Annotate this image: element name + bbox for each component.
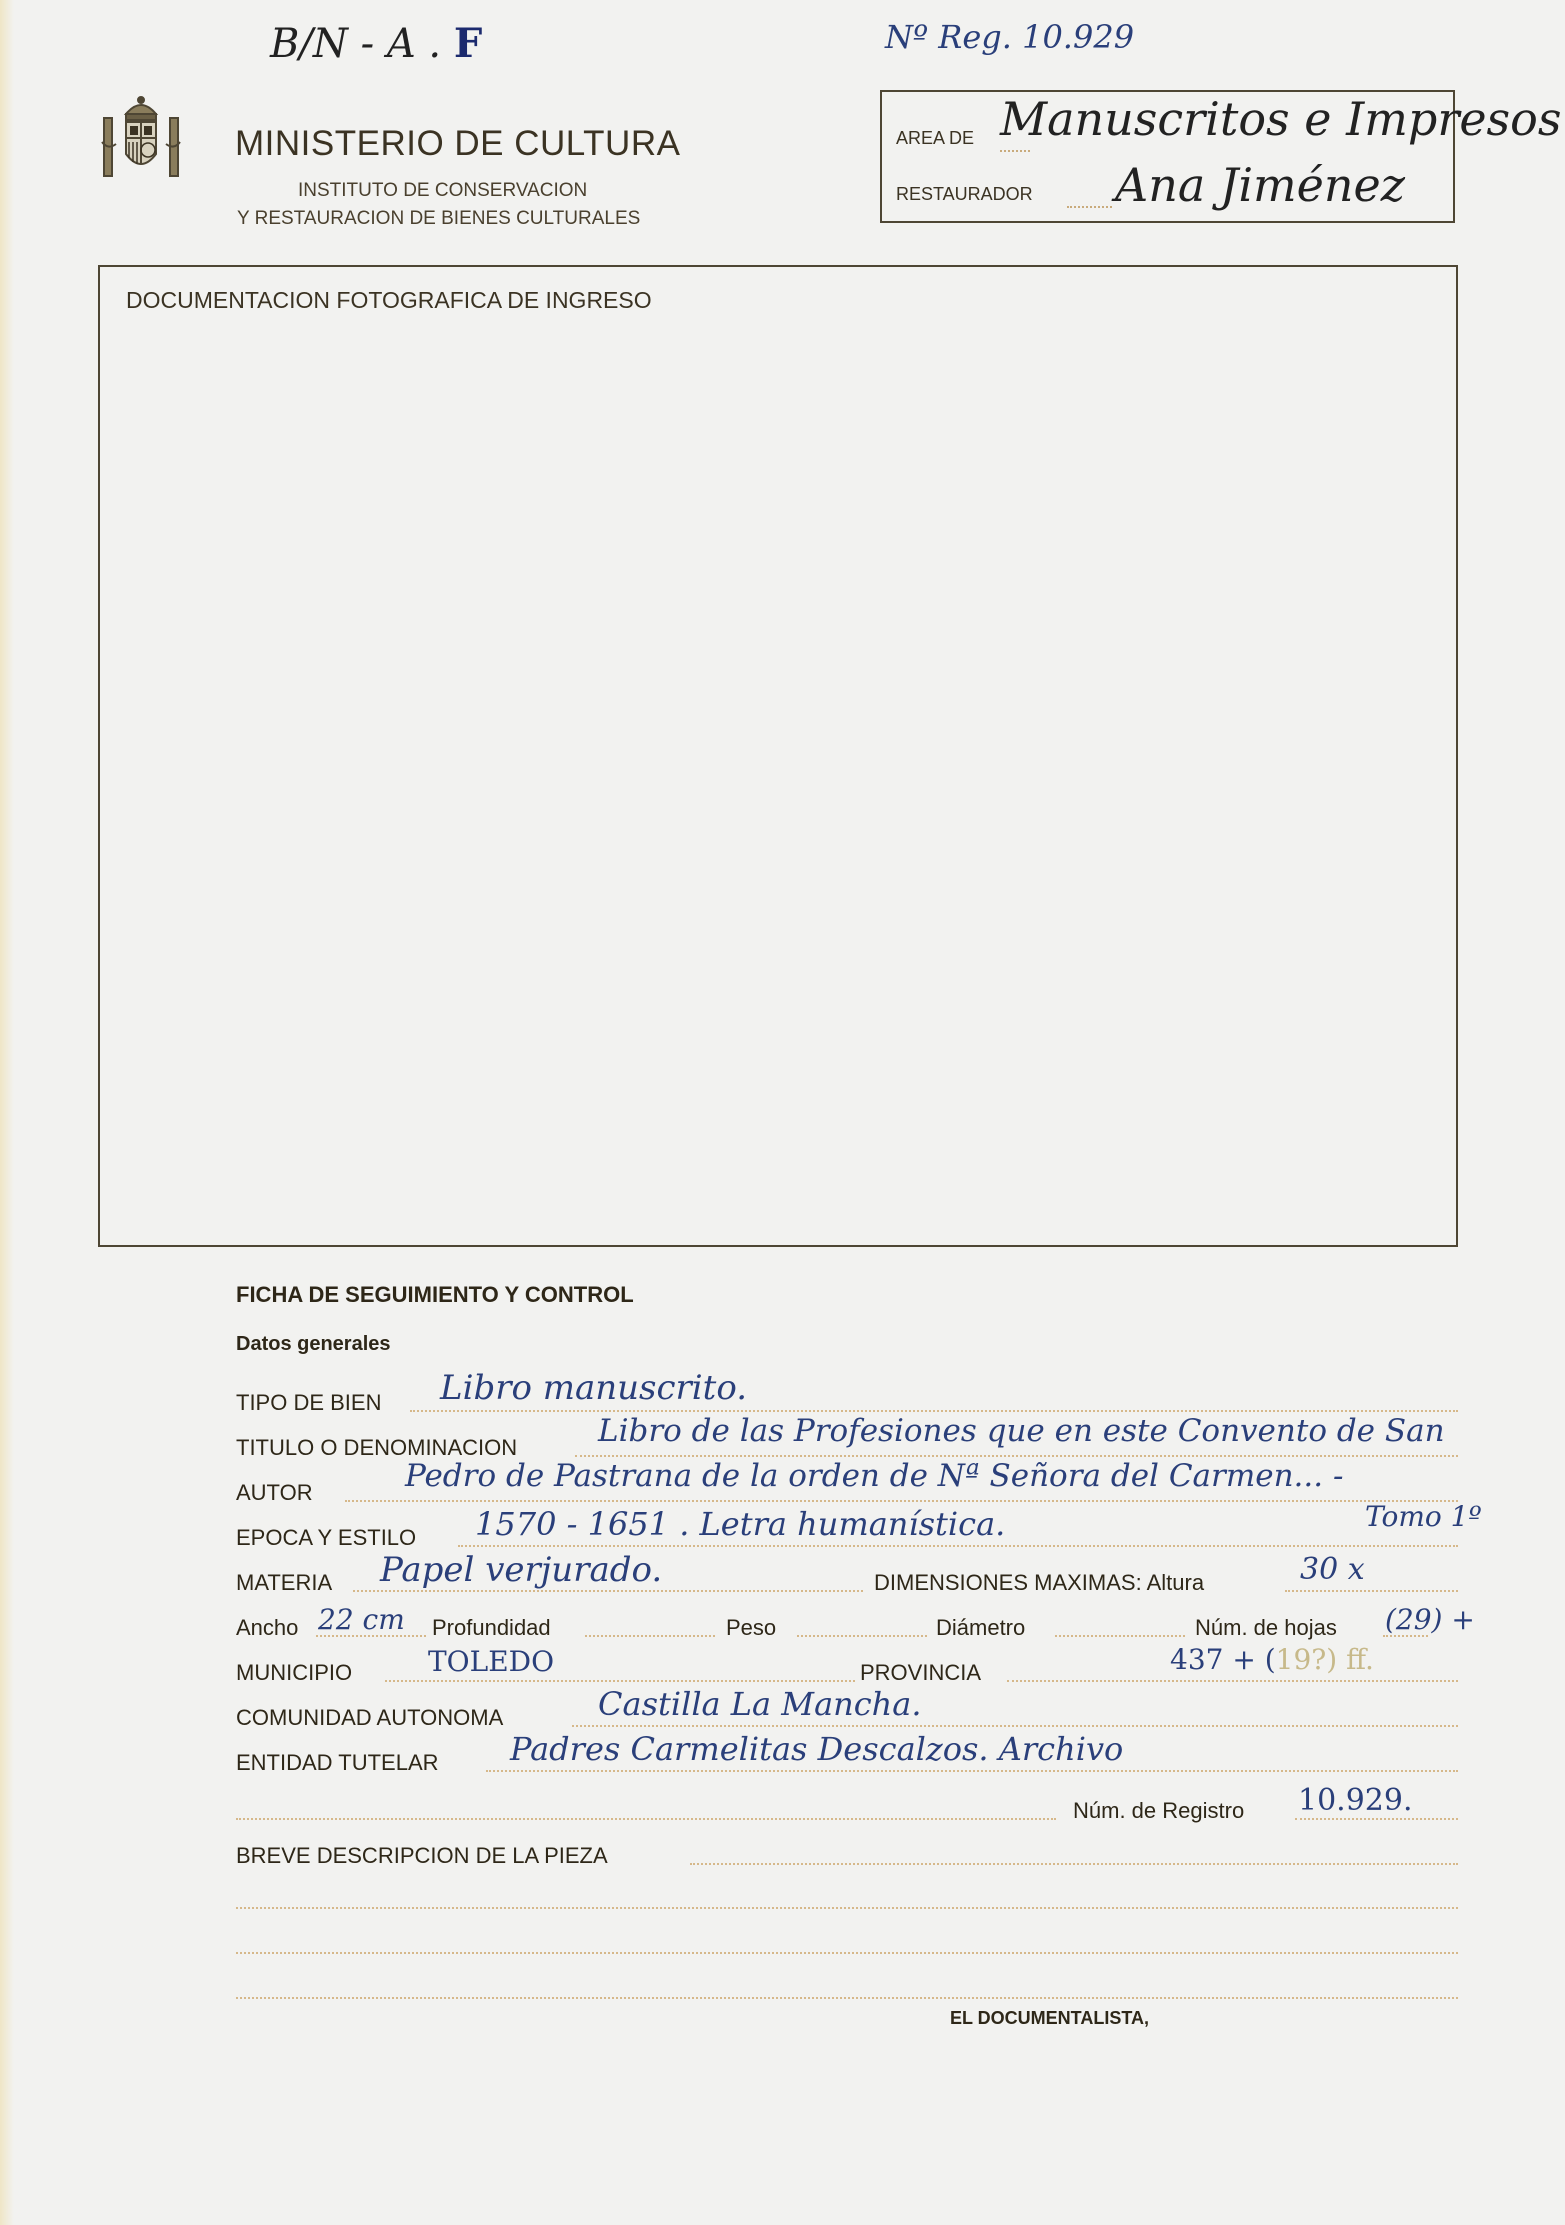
top-mark: B/N - A . F [270, 20, 482, 67]
titulo-value[interactable]: Libro de las Profesiones que en este Con… [598, 1413, 1445, 1449]
num-hojas-label: Núm. de hojas [1195, 1615, 1337, 1641]
top-mark-suffix: F [454, 20, 482, 67]
titulo-line [575, 1455, 1458, 1457]
epoca-value[interactable]: 1570 - 1651 . Letra humanística. [475, 1505, 1005, 1543]
diametro-line[interactable] [1055, 1635, 1185, 1637]
materia-line [353, 1590, 863, 1592]
num-registro-label: Núm. de Registro [1073, 1798, 1244, 1824]
materia-value[interactable]: Papel verjurado. [380, 1550, 662, 1590]
num-hojas-line2-main: 437 + ( [1170, 1643, 1276, 1676]
autor-label: AUTOR [236, 1480, 313, 1506]
entidad-value[interactable]: Padres Carmelitas Descalzos. Archivo [510, 1730, 1123, 1768]
area-value[interactable]: Manuscritos e Impresos [1000, 92, 1561, 146]
profundidad-line[interactable] [585, 1635, 715, 1637]
coat-of-arms-icon [98, 92, 184, 182]
form-title: FICHA DE SEGUIMIENTO Y CONTROL [236, 1282, 634, 1308]
ancho-label: Ancho [236, 1615, 298, 1641]
dimensiones-label: DIMENSIONES MAXIMAS: Altura [874, 1570, 1204, 1596]
num-hojas-value[interactable]: (29) + [1385, 1603, 1475, 1636]
municipio-label: MUNICIPIO [236, 1660, 352, 1686]
tipo-de-bien-label: TIPO DE BIEN [236, 1390, 381, 1416]
entidad-line [486, 1770, 1458, 1772]
autor-value[interactable]: Pedro de Pastrana de la orden de Nª Seño… [405, 1458, 1343, 1494]
institute-line-1: INSTITUTO DE CONSERVACION [298, 180, 587, 202]
descripcion-line-3[interactable] [236, 1952, 1458, 1954]
restaurador-label: RESTAURADOR [896, 184, 1033, 205]
num-hojas-line2-faded: 19?) ff. [1276, 1643, 1374, 1676]
provincia-label: PROVINCIA [860, 1660, 981, 1686]
top-mark-prefix: B/N - A . [270, 21, 441, 67]
num-hojas-value-line2[interactable]: 437 + (19?) ff. [1170, 1643, 1374, 1676]
ministry-title: MINISTERIO DE CULTURA [235, 124, 680, 164]
municipio-line [385, 1680, 855, 1682]
provincia-line [1007, 1680, 1458, 1682]
tipo-de-bien-line [410, 1410, 1458, 1412]
form-subtitle: Datos generales [236, 1333, 391, 1356]
comunidad-label: COMUNIDAD AUTONOMA [236, 1705, 503, 1731]
extra-line[interactable] [236, 1818, 1056, 1820]
restaurador-dotted-line [1067, 206, 1112, 208]
paper-edge [0, 0, 14, 2225]
descripcion-line-1[interactable] [690, 1863, 1458, 1865]
ancho-value[interactable]: 22 cm [318, 1603, 405, 1636]
diametro-label: Diámetro [936, 1615, 1025, 1641]
autor-line [345, 1500, 1458, 1502]
descripcion-label: BREVE DESCRIPCION DE LA PIEZA [236, 1843, 608, 1869]
documentalista-signature-label: EL DOCUMENTALISTA, [950, 2008, 1149, 2029]
altura-value[interactable]: 30 x [1300, 1552, 1365, 1587]
num-registro-value[interactable]: 10.929. [1298, 1783, 1413, 1818]
descripcion-line-4[interactable] [236, 1997, 1458, 1999]
profundidad-label: Profundidad [432, 1615, 551, 1641]
epoca-line [458, 1545, 1458, 1547]
photo-section-title: DOCUMENTACION FOTOGRAFICA DE INGRESO [126, 287, 652, 314]
area-label: AREA DE [896, 128, 974, 149]
institute-line-2: Y RESTAURACION DE BIENES CULTURALES [237, 208, 640, 230]
materia-label: MATERIA [236, 1570, 332, 1596]
area-dotted-line [1000, 150, 1030, 152]
descripcion-line-2[interactable] [236, 1907, 1458, 1909]
altura-line [1285, 1590, 1458, 1592]
municipio-value[interactable]: TOLEDO [428, 1645, 554, 1678]
comunidad-value[interactable]: Castilla La Mancha. [598, 1685, 922, 1723]
num-registro-line [1295, 1818, 1458, 1820]
comunidad-line [572, 1725, 1458, 1727]
tipo-de-bien-value[interactable]: Libro manuscrito. [440, 1368, 747, 1408]
handwritten-reg-number: Nº Reg. 10.929 [885, 18, 1134, 56]
restaurador-value[interactable]: Ana Jiménez [1115, 158, 1405, 212]
photo-documentation-box [98, 265, 1458, 1247]
entidad-label: ENTIDAD TUTELAR [236, 1750, 439, 1776]
epoca-label: EPOCA Y ESTILO [236, 1525, 416, 1551]
peso-line[interactable] [797, 1635, 927, 1637]
peso-label: Peso [726, 1615, 776, 1641]
tomo-value[interactable]: Tomo 1º [1365, 1500, 1482, 1533]
